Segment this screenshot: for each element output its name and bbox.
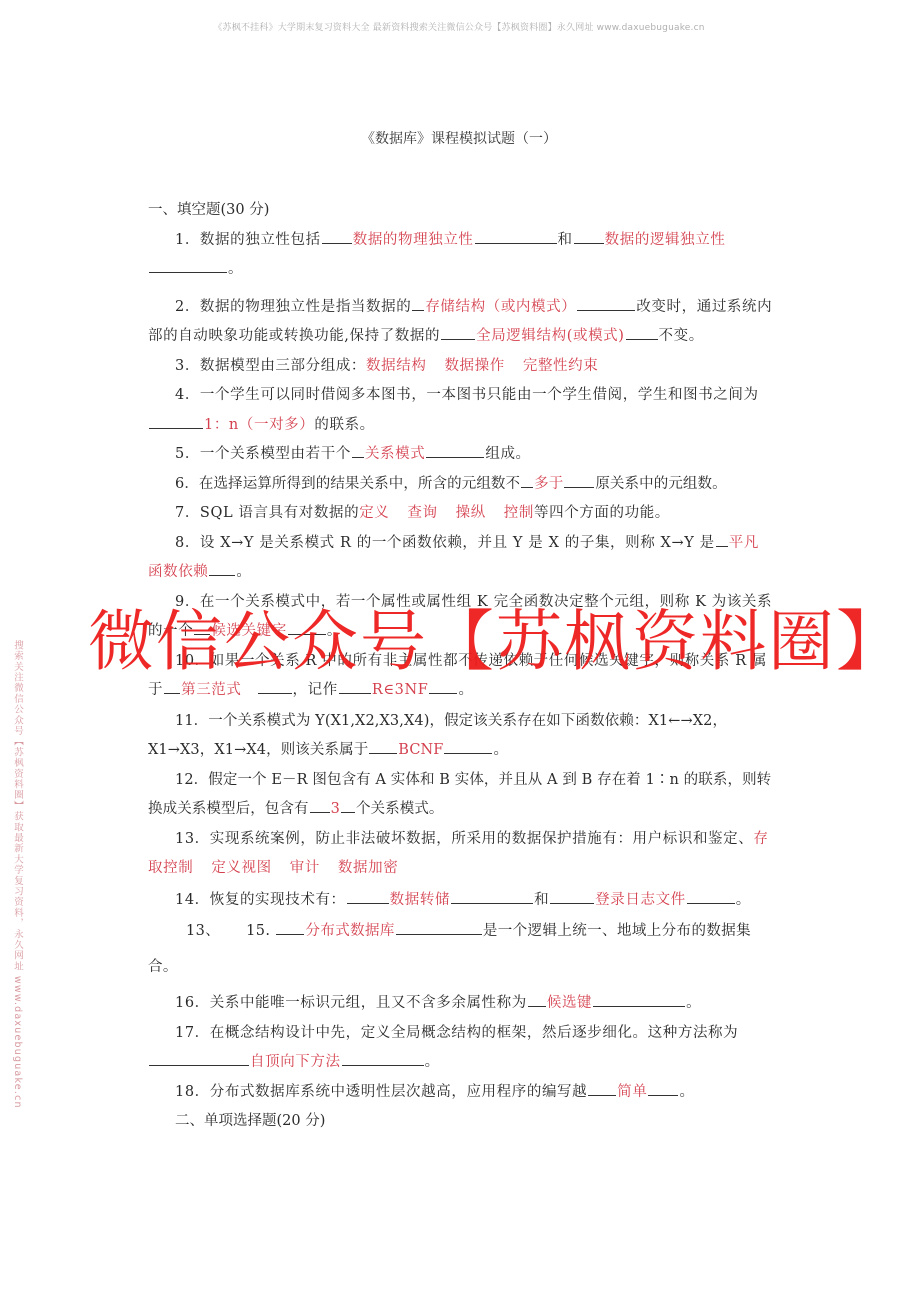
answer: 数据操作 [444, 358, 504, 374]
question-1: 1．数据的独立性包括数据的物理独立性和数据的逻辑独立性。 [148, 226, 773, 285]
answer: 定义 [359, 505, 389, 521]
answer: 自顶向下方法 [250, 1054, 341, 1070]
question-12: 12．假定一个 E－R 图包含有 A 实体和 B 实体，并且从 A 到 B 存在… [148, 766, 773, 825]
section-heading-fill-in: 一、填空题(30 分) [148, 196, 773, 226]
question-18: 18．分布式数据库系统中透明性层次越高，应用程序的编写越简单。 [148, 1078, 773, 1108]
question-15: 13、15. 分布式数据库是一个逻辑上统一、地域上分布的数据集合。 [148, 913, 773, 985]
answer: 简单 [617, 1084, 647, 1100]
question-7: 7．SQL 语言具有对数据的定义查询操纵控制等四个方面的功能。 [148, 499, 773, 529]
answer: 关系模式 [365, 446, 425, 462]
page-title: 《数据库》课程模拟试题（一） [0, 128, 918, 148]
answer: 操纵 [456, 505, 486, 521]
header-banner: 《苏枫不挂科》大学期末复习资料大全 最新资料搜索关注微信公众号【苏枫资料圈】永久… [0, 20, 918, 33]
question-17: 17．在概念结构设计中先，定义全局概念结构的框架，然后逐步细化。这种方法称为自顶… [148, 1019, 773, 1078]
side-banner: 搜索关注微信公众号【苏枫资料圈】获取最新大学复习资料，永久网址 www.daxu… [12, 640, 22, 1109]
answer: 候选关键字 [211, 623, 287, 639]
answer: 第三范式 [181, 682, 241, 698]
answer: 完整性约束 [523, 358, 599, 374]
answer: 数据加密 [338, 860, 398, 876]
question-8: 8．设 X→Y 是关系模式 R 的一个函数依赖，并且 Y 是 X 的子集，则称 … [148, 529, 773, 588]
answer: 分布式数据库 [305, 923, 394, 939]
question-16: 16．关系中能唯一标识元组，且又不含多余属性称为候选键。 [148, 989, 773, 1019]
question-4: 4．一个学生可以同时借阅多本图书，一本图书只能由一个学生借阅，学生和图书之间为1… [148, 381, 773, 440]
question-10: 10．如果一个关系 R 中的所有非主属性都不传递依赖于任何候选关键字，则称关系 … [148, 647, 773, 706]
question-6: 6．在选择运算所得到的结果关系中，所含的元组数不多于原关系中的元组数。 [148, 470, 773, 500]
question-3: 3．数据模型由三部分组成：数据结构数据操作完整性约束 [148, 352, 773, 382]
answer: BCNF [398, 742, 443, 758]
answer: 多于 [534, 476, 563, 492]
section-heading-single-choice: 二、单项选择题(20 分) [148, 1107, 773, 1137]
answer: 候选键 [547, 995, 592, 1011]
answer: 数据转储 [390, 892, 450, 908]
answer: 查询 [407, 505, 437, 521]
answer: 存储结构（或内模式） [425, 299, 576, 315]
question-11: 11．一个关系模式为 Y(X1,X2,X3,X4)，假定该关系存在如下函数依赖：… [148, 707, 773, 766]
answer: 审计 [290, 860, 320, 876]
question-13: 13．实现系统案例，防止非法破坏数据，所采用的数据保护措施有：用户标识和鉴定、存… [148, 825, 773, 884]
answer: 数据的物理独立性 [353, 232, 474, 248]
answer: 数据的逻辑独立性 [605, 232, 726, 248]
answer: 3 [331, 801, 340, 817]
answer: 数据结构 [366, 358, 426, 374]
question-9: 9．在一个关系模式中，若一个属性或属性组 K 完全函数决定整个元组，则称 K 为… [148, 588, 773, 647]
answer: 登录日志文件 [595, 892, 686, 908]
answer: R∈3NF [372, 682, 429, 698]
question-5: 5．一个关系模型由若干个关系模式组成。 [148, 440, 773, 470]
question-14: 14．恢复的实现技术有：数据转储和登录日志文件。 [148, 886, 773, 916]
answer: 控制 [504, 505, 534, 521]
exam-content: 一、填空题(30 分) 1．数据的独立性包括数据的物理独立性和数据的逻辑独立性。… [148, 196, 773, 1137]
answer: 全局逻辑结构(或模式) [476, 328, 624, 344]
answer: 1：n（一对多） [204, 417, 314, 433]
answer: 定义视图 [211, 860, 271, 876]
question-2: 2．数据的物理独立性是指当数据的存储结构（或内模式）改变时，通过系统内部的自动映… [148, 293, 773, 352]
